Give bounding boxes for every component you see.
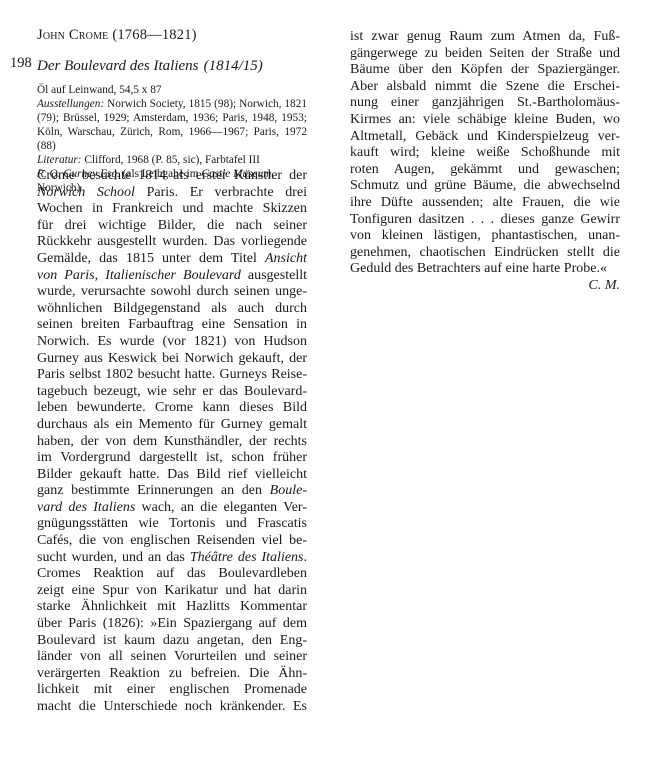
painting-title: Der Boulevard des Italiens — [37, 58, 199, 74]
essay-line: über Paris (1826): »Ein Spaziergang auf … — [37, 616, 307, 633]
essay-text: Cromes Reaktion auf das Boulevardleben — [37, 566, 307, 581]
essay-text: Wochen in Frankreich und machte Skizzen — [37, 201, 307, 216]
essay-italic-text: Ansicht — [265, 251, 307, 266]
essay-line: Boulevard ist kaum dazu angetan, den Eng… — [37, 633, 307, 650]
literature: Literatur: Clifford, 1968 (P. 85, sic), … — [37, 153, 307, 167]
essay-text: Gurney aus Keswick bei Norwich gekauft, … — [37, 351, 307, 366]
essay-line: für drei wichtige Bilder, die nach seine… — [37, 218, 307, 235]
essay-line: Cafés, die von englischen Reisenden viel… — [37, 533, 307, 550]
essay-text: wach, an die eleganten Ver- — [135, 500, 307, 515]
essay-line: wöhnlichen Bildgegenstand als auch durch — [37, 301, 307, 318]
essay-text: verärgerten Reaktion zu befreien. Die Äh… — [37, 666, 307, 681]
essay-italic-text: vard des Italiens — [37, 500, 135, 515]
essay-line: genehmen, chaotischen Eindrücken stellt … — [350, 245, 620, 262]
exhibitions-label: Ausstellungen: — [37, 98, 104, 110]
essay-text: über Paris (1826): »Ein Spaziergang auf … — [37, 616, 307, 631]
essay-italic-text: Théâtre des Italiens — [190, 550, 304, 565]
essay-text: Crome besuchte 1814 als erster Künstler … — [37, 168, 307, 183]
artist-name: John Crome — [37, 27, 109, 43]
essay-line: zeigt eine Spur von Karikatur und hat da… — [37, 583, 307, 600]
essay-text: zeigt eine Spur von Karikatur und hat da… — [37, 583, 307, 598]
essay-text: Paris. Er verbrachte drei — [135, 185, 307, 200]
artist-heading: John Crome (1768—1821) — [37, 27, 197, 44]
essay-text: Paris selbst 1802 besucht hatte. Gurneys… — [37, 367, 307, 382]
essay-text: länder von all seinen Vorurteilen und se… — [37, 649, 307, 664]
essay-line: durchaus als ein Memento für Gurney gema… — [37, 417, 307, 434]
catalog-page: John Crome (1768—1821) 198 Der Boulevard… — [0, 0, 666, 777]
essay-text: ausgestellt — [241, 268, 307, 283]
essay-line: Wochen in Frankreich und machte Skizzen — [37, 201, 307, 218]
essay-text: Rückkehr ausgestellt wurden. Das vorlieg… — [37, 234, 307, 249]
artist-dates: (1768—1821) — [112, 27, 196, 43]
essay-line: länder von all seinen Vorurteilen und se… — [37, 649, 307, 666]
essay-line: haben, der von dem Kunsthändler, der rec… — [37, 434, 307, 451]
essay-text: wurde, verursachte sowohl durch seinen u… — [37, 284, 307, 299]
author-signature: C. M. — [350, 278, 620, 295]
essay-text: Norwich. Es wurde (vor 1821) von Hudson — [37, 334, 307, 349]
essay-text: für drei wichtige Bilder, die nach seine… — [37, 218, 307, 233]
essay-text: leben bewunderte. Crome kann dieses Bild — [37, 400, 307, 415]
essay-line: Norwich. Es wurde (vor 1821) von Hudson — [37, 334, 307, 351]
essay-text: haben, der von dem Kunsthändler, der rec… — [37, 434, 307, 449]
essay-line: leben bewunderte. Crome kann dieses Bild — [37, 400, 307, 417]
essay-line: Aber alsbald nimmt die Szene die Erschei… — [350, 79, 620, 96]
essay-line: starke Ähnlichkeit mit Hazlitts Kommenta… — [37, 599, 307, 616]
essay-line: wurde, verursachte sowohl durch seinen u… — [37, 284, 307, 301]
essay-text: seinen breiten Farbauftrag eine Sensatio… — [37, 317, 307, 332]
essay-italic-text: Boule- — [270, 483, 307, 498]
essay-line: im Vordergrund dargestellt ist, schon fr… — [37, 450, 307, 467]
essay-line: gnügungsstätten wie Tortonis und Frascat… — [37, 516, 307, 533]
essay-line: lichkeit mit einer englischen Promenade — [37, 682, 307, 699]
essay-line: seinen breiten Farbauftrag eine Sensatio… — [37, 317, 307, 334]
essay-line: roten Augen, gekämmt und gewaschen; — [350, 162, 620, 179]
essay-line: Bilder gekauft hatte. Das Bild rief viel… — [37, 467, 307, 484]
catalog-number: 198 — [10, 55, 32, 72]
literature-text: Clifford, 1968 (P. 85, sic), Farbtafel I… — [84, 154, 260, 166]
entry-title-row: 198 Der Boulevard des Italiens (1814/15) — [37, 55, 263, 75]
essay-text: Bilder gekauft hatte. Das Bild rief viel… — [37, 467, 307, 482]
essay-line: Rückkehr ausgestellt wurden. Das vorlieg… — [37, 234, 307, 251]
essay-line: von Paris, Italienischer Boulevard ausge… — [37, 268, 307, 285]
essay-text: macht die Unterschiede noch kränkender. … — [37, 699, 307, 714]
essay-line: Gemälde, das 1815 unter dem Titel Ansich… — [37, 251, 307, 268]
essay-line: vard des Italiens wach, an die eleganten… — [37, 500, 307, 517]
essay-text: tagebuch bezeugt, wie sehr er das Boulev… — [37, 384, 307, 399]
essay-line: Gurney aus Keswick bei Norwich gekauft, … — [37, 351, 307, 368]
essay-line: Schmutz und grüne Bäume, die abwechselnd — [350, 178, 620, 195]
painting-date: (1814/15) — [204, 58, 263, 74]
essay-left-column: Crome besuchte 1814 als erster Künstler … — [37, 168, 307, 716]
essay-line: ist zwar genug Raum zum Atmen da, Fuß- — [350, 29, 620, 46]
essay-right-column: ist zwar genug Raum zum Atmen da, Fuß-gä… — [350, 29, 620, 278]
essay-line: ihre Düfte aussenden; alte Frauen, die w… — [350, 195, 620, 212]
essay-line: Geduld des Betrachters auf eine harte Pr… — [350, 261, 620, 278]
literature-label: Literatur: — [37, 154, 82, 166]
essay-italic-text: von Paris, Italienischer Boulevard — [37, 268, 241, 283]
exhibitions: Ausstellungen: Norwich Society, 1815 (98… — [37, 97, 307, 153]
essay-line: tagebuch bezeugt, wie sehr er das Boulev… — [37, 384, 307, 401]
essay-line: gängerwege zu beiden Seiten der Straße u… — [350, 46, 620, 63]
essay-text: durchaus als ein Memento für Gurney gema… — [37, 417, 307, 432]
essay-italic-text: Norwich School — [37, 185, 135, 200]
essay-line: Cromes Reaktion auf das Boulevardleben — [37, 566, 307, 583]
essay-line: kauft wird; kleine weiße Schoßhunde mit — [350, 145, 620, 162]
essay-line: sucht wurden, und an das Théâtre des Ita… — [37, 550, 307, 567]
essay-line: nung einer ganzjährigen St.-Bartholomäus… — [350, 95, 620, 112]
essay-line: Tonfiguren dasitzen . . . dieses ganze G… — [350, 212, 620, 229]
essay-line: Norwich School Paris. Er verbrachte drei — [37, 185, 307, 202]
essay-line: Paris selbst 1802 besucht hatte. Gurneys… — [37, 367, 307, 384]
essay-text: sucht wurden, und an das — [37, 550, 190, 565]
essay-line: ganz bestimmte Erinnerungen an den Boule… — [37, 483, 307, 500]
essay-line: Altmetall, Gebäck und Kinderspielzeug ve… — [350, 129, 620, 146]
essay-text: gnügungsstätten wie Tortonis und Frascat… — [37, 516, 307, 531]
essay-line: verärgerten Reaktion zu befreien. Die Äh… — [37, 666, 307, 683]
essay-line: Bäume über den Köpfen der Spaziergänger. — [350, 62, 620, 79]
essay-text: Boulevard ist kaum dazu angetan, den Eng… — [37, 633, 307, 648]
essay-line: Kirmes an: viele schäbige kleine Buden, … — [350, 112, 620, 129]
essay-text: Gemälde, das 1815 unter dem Titel — [37, 251, 265, 266]
essay-line: Crome besuchte 1814 als erster Künstler … — [37, 168, 307, 185]
essay-text: ganz bestimmte Erinnerungen an den — [37, 483, 270, 498]
signature-row: C. M. — [350, 278, 620, 295]
medium: Öl auf Leinwand, 54,5 x 87 — [37, 83, 307, 97]
essay-text: wöhnlichen Bildgegenstand als auch durch — [37, 301, 307, 316]
essay-text: Cafés, die von englischen Reisenden viel… — [37, 533, 307, 548]
essay-line: macht die Unterschiede noch kränkender. … — [37, 699, 307, 716]
essay-text: im Vordergrund dargestellt ist, schon fr… — [37, 450, 307, 465]
essay-text: . — [304, 550, 308, 565]
essay-text: lichkeit mit einer englischen Promenade — [37, 682, 307, 697]
essay-text: starke Ähnlichkeit mit Hazlitts Kommenta… — [37, 599, 307, 614]
essay-line: von kleinen lästigen, phantastischen, un… — [350, 228, 620, 245]
